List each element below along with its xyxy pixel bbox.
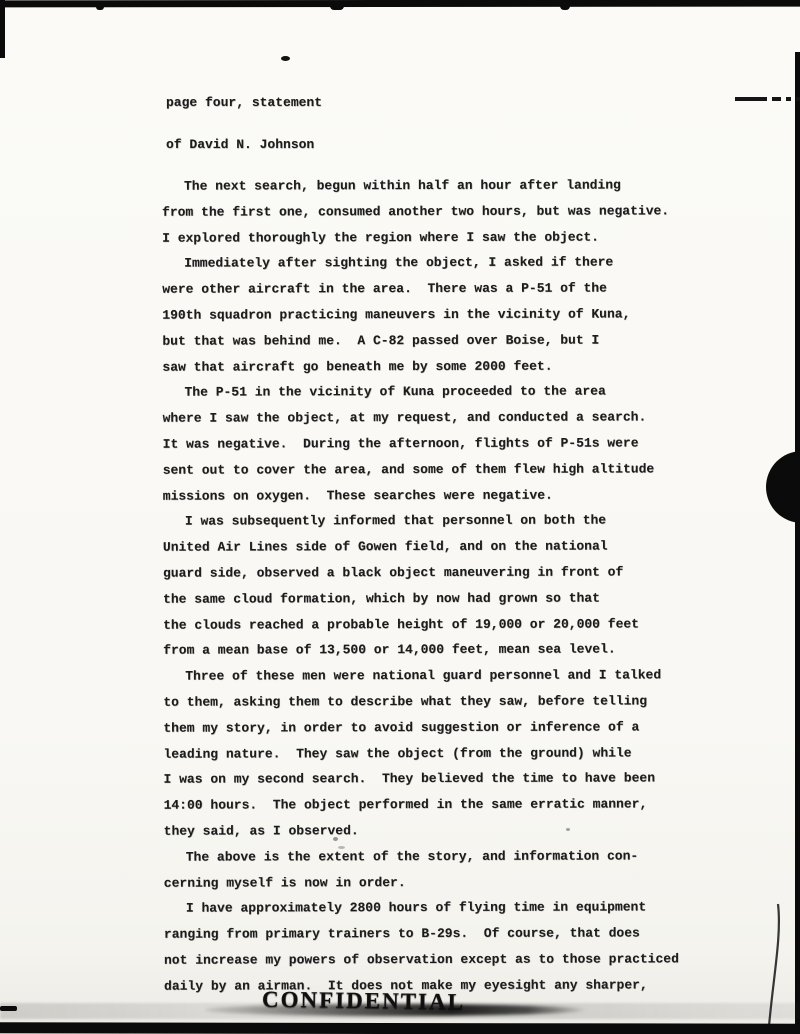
text-line: 190th squadron practicing maneuvers in t… bbox=[162, 301, 694, 328]
text-line: The next search, begun within half an ho… bbox=[162, 172, 694, 199]
text-line: Three of these men were national guard p… bbox=[163, 662, 695, 689]
scan-dash-marks bbox=[735, 97, 800, 101]
scanned-document-page: page four, statement of David N. Johnson… bbox=[0, 0, 800, 1034]
text-line: I was on my second search. They believed… bbox=[163, 766, 695, 793]
scan-right-edge-artifact bbox=[795, 52, 800, 1034]
text-line: the same cloud formation, which by now h… bbox=[163, 585, 695, 612]
text-line: I explored thoroughly the region where I… bbox=[162, 224, 694, 251]
text-line: The P-51 in the vicinity of Kuna proceed… bbox=[162, 379, 694, 406]
text-line: Immediately after sighting the object, I… bbox=[162, 250, 694, 277]
text-line: they said, as I observed. bbox=[164, 817, 696, 844]
scan-top-edge-artifact bbox=[0, 0, 800, 7]
text-line: ranging from primary trainers to B-29s. … bbox=[164, 920, 696, 947]
text-line: were other aircraft in the area. There w… bbox=[162, 275, 694, 302]
text-line: It was negative. During the afternoon, f… bbox=[163, 430, 695, 457]
scan-top-edge-artifact bbox=[330, 6, 344, 10]
text-line: I have approximately 2800 hours of flyin… bbox=[164, 895, 696, 922]
text-line: from the first one, consumed another two… bbox=[162, 198, 694, 225]
text-line: leading nature. They saw the object (fro… bbox=[163, 740, 695, 767]
text-line: I was subsequently informed that personn… bbox=[163, 508, 695, 535]
scan-left-dash-artifact bbox=[0, 1006, 17, 1011]
text-line: not increase my powers of observation ex… bbox=[164, 946, 696, 973]
scan-bottom-edge-artifact bbox=[0, 1022, 800, 1034]
text-line: guard side, observed a black object mane… bbox=[163, 559, 695, 586]
text-line: the clouds reached a probable height of … bbox=[163, 611, 695, 638]
scan-top-edge-artifact bbox=[560, 6, 570, 10]
document-body: The next search, begun within half an ho… bbox=[162, 172, 696, 999]
text-line: 14:00 hours. The object performed in the… bbox=[164, 791, 696, 818]
header-line: of David N. Johnson bbox=[166, 138, 322, 152]
text-line: United Air Lines side of Gowen field, an… bbox=[163, 533, 695, 560]
text-line: sent out to cover the area, and some of … bbox=[163, 456, 695, 483]
text-line: saw that aircraft go beneath me by some … bbox=[162, 353, 694, 380]
header-line: page four, statement bbox=[166, 96, 322, 110]
text-line: from a mean base of 13,500 or 14,000 fee… bbox=[163, 637, 695, 664]
text-line: The above is the extent of the story, an… bbox=[164, 843, 696, 870]
text-line: cerning myself is now in order. bbox=[164, 869, 696, 896]
text-line: to them, asking them to describe what th… bbox=[163, 688, 695, 715]
scan-left-edge-artifact bbox=[0, 0, 5, 58]
text-line: where I saw the object, at my request, a… bbox=[163, 404, 695, 431]
text-line: but that was behind me. A C-82 passed ov… bbox=[162, 327, 694, 354]
text-line: missions on oxygen. These searches were … bbox=[163, 482, 695, 509]
punch-hole-artifact bbox=[766, 451, 800, 523]
scan-top-edge-artifact bbox=[96, 6, 104, 10]
ink-speck bbox=[281, 56, 290, 61]
confidential-stamp: CONFIDENTIAL bbox=[262, 987, 465, 1016]
document-header: page four, statement of David N. Johnson bbox=[166, 68, 322, 180]
text-line: them my story, in order to avoid suggest… bbox=[163, 714, 695, 741]
